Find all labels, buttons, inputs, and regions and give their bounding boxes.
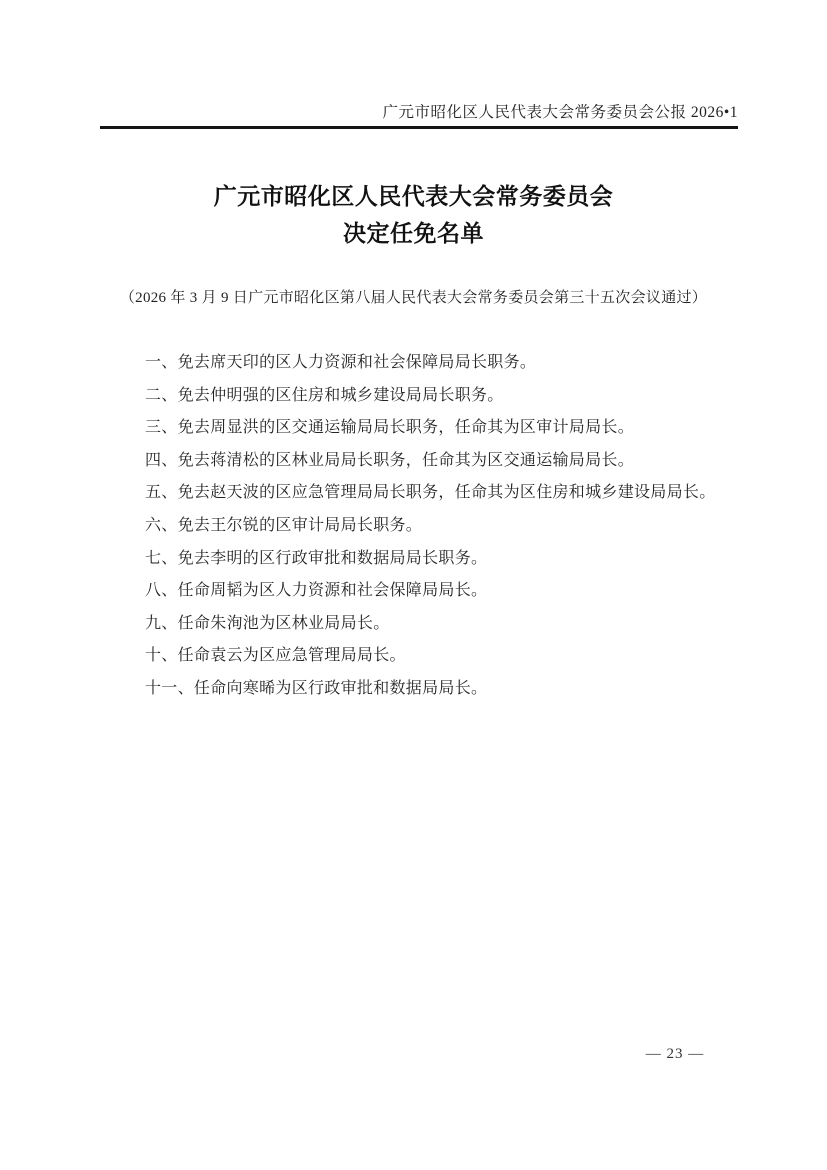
- decision-item-4: 四、免去蒋清松的区林业局局长职务，任命其为区交通运输局局长。: [145, 445, 745, 478]
- decision-item-1: 一、免去席天印的区人力资源和社会保障局局长职务。: [145, 347, 745, 380]
- decision-item-5: 五、免去赵天波的区应急管理局局长职务，任命其为区住房和城乡建设局局长。: [145, 477, 745, 510]
- masthead-title: 广元市昭化区人民代表大会常务委员会公报 2026•1: [100, 100, 738, 122]
- decision-item-10: 十、任命袁云为区应急管理局局长。: [145, 640, 745, 673]
- decision-item-11: 十一、任命向寒晞为区行政审批和数据局局长。: [145, 673, 745, 706]
- decision-item-7: 七、免去李明的区行政审批和数据局局长职务。: [145, 543, 745, 576]
- decision-item-3: 三、免去周显洪的区交通运输局局长职务，任命其为区审计局局长。: [145, 412, 745, 445]
- decision-item-9: 九、任命朱洵池为区林业局局长。: [145, 608, 745, 641]
- decision-item-8: 八、任命周韬为区人力资源和社会保障局局长。: [145, 575, 745, 608]
- meeting-approval-note: （2026 年 3 月 9 日广元市昭化区第八届人民代表大会常务委员会第三十五次…: [0, 286, 827, 307]
- document-title-line1: 广元市昭化区人民代表大会常务委员会: [0, 178, 827, 215]
- decision-item-2: 二、免去仲明强的区住房和城乡建设局局长职务。: [145, 380, 745, 413]
- document-title-line2: 决定任免名单: [0, 215, 827, 252]
- page-number: — 23 —: [615, 1046, 735, 1063]
- decision-list: 一、免去席天印的区人力资源和社会保障局局长职务。 二、免去仲明强的区住房和城乡建…: [145, 347, 745, 706]
- header-rule-divider: [100, 126, 738, 129]
- document-title: 广元市昭化区人民代表大会常务委员会 决定任免名单: [0, 178, 827, 252]
- decision-item-6: 六、免去王尔锐的区审计局局长职务。: [145, 510, 745, 543]
- gazette-page: 广元市昭化区人民代表大会常务委员会公报 2026•1 广元市昭化区人民代表大会常…: [0, 0, 827, 1170]
